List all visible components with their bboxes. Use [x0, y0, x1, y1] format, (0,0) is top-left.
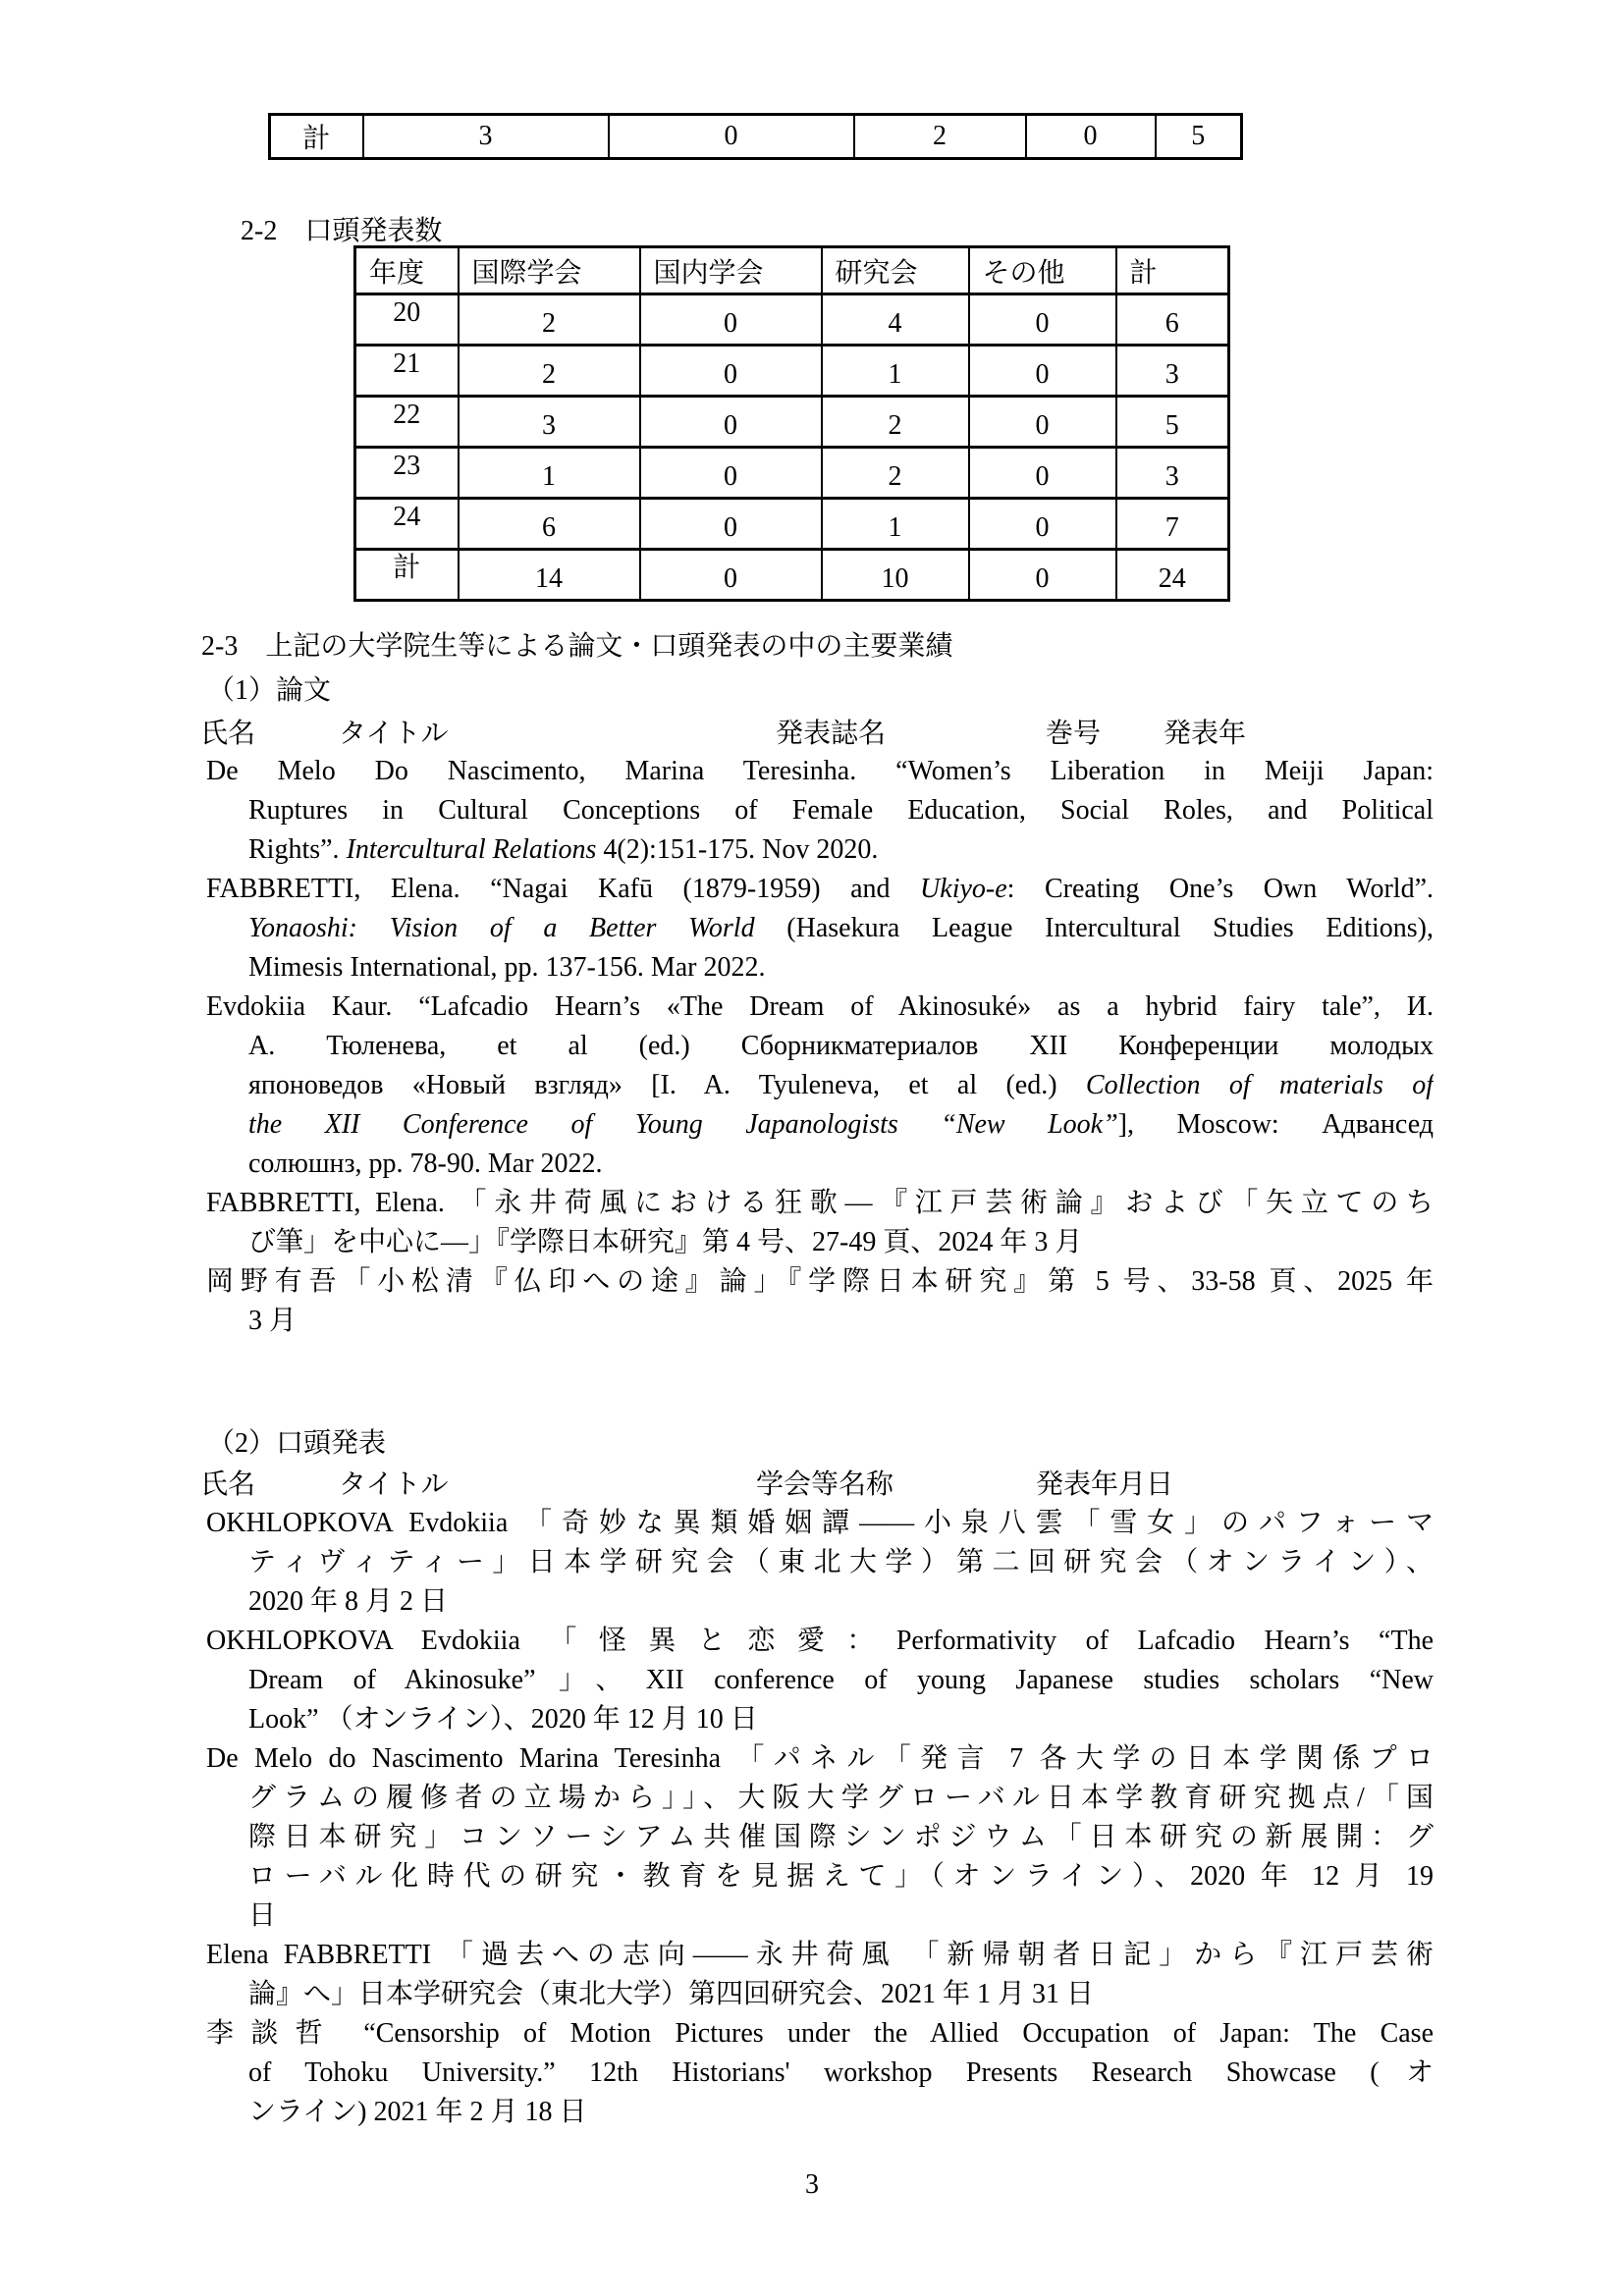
- row-label-cell: 21: [355, 346, 459, 397]
- column-header-cell: その他: [969, 247, 1116, 294]
- entry-text-segment: Evdokiia Kaur. “Lafcadio Hearn’s «The Dr…: [206, 991, 1434, 1022]
- paper-entry-line: FABBRETTI, Elena. “Nagai Kafū (1879-1959…: [206, 870, 1434, 909]
- entry-text-segment: 論』へ」日本学研究会（東北大学）第四回研究会、2021 年 1 月 31 日: [248, 1979, 1094, 2009]
- entry-text-segment: Dream of Akinosuke”」、XII conference of y…: [248, 1665, 1434, 1695]
- presentation-entry-line: ローバル化時代の研究・教育を見据えて」（オンライン）、2020 年 12 月 1…: [248, 1857, 1434, 1896]
- entry-text-segment: 李談哲 “Censorship of Motion Pictures under…: [206, 2018, 1434, 2049]
- paper-entry-line: 岡野有吾「小松清『仏印への途』論」『学際日本研究』第 5 号、33-58 頁、2…: [206, 1262, 1434, 1302]
- presentation-entry-line: グラムの履修者の立場から」」、大阪大学グローバル日本学教育研究拠点/「国: [248, 1779, 1434, 1818]
- value-cell: 2: [822, 397, 969, 448]
- presentation-entry-line: OKHLOPKOVA Evdokiia 「奇妙な異類婚姻譚――小泉八雲「雪女」の…: [206, 1504, 1434, 1543]
- papers-column-label: タイトル: [339, 712, 448, 751]
- papers-column-labels-row: 氏名タイトル発表誌名巻号発表年: [0, 712, 1624, 745]
- papers-column-label: 巻号: [1046, 712, 1101, 751]
- presentations-entry-list: OKHLOPKOVA Evdokiia 「奇妙な異類婚姻譚――小泉八雲「雪女」の…: [0, 1504, 1624, 2132]
- papers-column-label: 発表年: [1164, 712, 1246, 751]
- column-header-cell: 計: [1116, 247, 1229, 294]
- value-cell: 0: [969, 550, 1116, 601]
- value-cell: 7: [1116, 499, 1229, 550]
- presentation-entry-line: OKHLOPKOVA Evdokiia 「怪異と恋愛：Performativit…: [206, 1622, 1434, 1661]
- summary-cell: 5: [1156, 115, 1242, 159]
- section-2-2-heading: 2-2 口頭発表数: [241, 209, 442, 248]
- entry-text-segment: Collection of materials of: [1086, 1070, 1434, 1100]
- entry-text-segment: 岡野有吾「小松清『仏印への途』論」『学際日本研究』第 5 号、33-58 頁、2…: [206, 1266, 1434, 1297]
- summary-cell: 3: [363, 115, 609, 159]
- presentations-column-label: タイトル: [339, 1463, 448, 1502]
- entry-text-segment: the XII Conference of Young Japanologist…: [248, 1109, 1118, 1140]
- papers-entry-list: De Melo Do Nascimento, Marina Teresinha.…: [0, 752, 1624, 1341]
- value-cell: 6: [1116, 294, 1229, 346]
- presentations-column-label: 発表年月日: [1036, 1463, 1173, 1502]
- entry-text-segment: ンライン) 2021 年 2 月 18 日: [248, 2097, 587, 2127]
- value-cell: 0: [640, 550, 822, 601]
- row-label-cell: 22: [355, 397, 459, 448]
- paper-entry-line: Mimesis International, pp. 137-156. Mar …: [248, 948, 1434, 988]
- paper-entry-line: японоведов «Новый взгляд» [I. A. Tyulene…: [248, 1066, 1434, 1105]
- summary-cell: 2: [854, 115, 1026, 159]
- entry-text-segment: А. Тюленева, et al (ed.) Сборникматериал…: [248, 1031, 1434, 1061]
- paper-entry-line: А. Тюленева, et al (ed.) Сборникматериал…: [248, 1027, 1434, 1066]
- table-row: 計14010024: [355, 550, 1229, 601]
- row-label-cell: 計: [355, 550, 459, 601]
- entry-text-segment: FABBRETTI, Elena. “Nagai Kafū (1879-1959…: [206, 874, 920, 904]
- entry-text-segment: OKHLOPKOVA Evdokiia 「奇妙な異類婚姻譚――小泉八雲「雪女」の…: [206, 1508, 1434, 1538]
- value-cell: 3: [1116, 346, 1229, 397]
- entry-text-segment: Elena FABBRETTI 「過去への志向――永井荷風 「新帰朝者日記」から…: [206, 1940, 1434, 1970]
- value-cell: 0: [640, 346, 822, 397]
- value-cell: 1: [459, 448, 640, 499]
- paper-entry-line: Rights”. Intercultural Relations 4(2):15…: [248, 830, 1434, 870]
- value-cell: 0: [969, 499, 1116, 550]
- presentation-entry-line: ティヴィティー」日本学研究会（東北大学）第二回研究会（オンライン）、: [248, 1543, 1434, 1582]
- paper-entry-line: Ruptures in Cultural Conceptions of Fema…: [248, 791, 1434, 830]
- value-cell: 0: [640, 448, 822, 499]
- paper-entry-line: Yonaoshi: Vision of a Better World (Hase…: [248, 909, 1434, 948]
- table-row: 2120103: [355, 346, 1229, 397]
- entry-text-segment: OKHLOPKOVA Evdokiia 「怪異と恋愛：Performativit…: [206, 1626, 1434, 1656]
- value-cell: 0: [640, 499, 822, 550]
- entry-text-segment: グラムの履修者の立場から」」、大阪大学グローバル日本学教育研究拠点/「国: [248, 1783, 1434, 1813]
- entry-text-segment: (Hasekura League Intercultural Studies E…: [755, 913, 1434, 943]
- presentation-entry-line: 論』へ」日本学研究会（東北大学）第四回研究会、2021 年 1 月 31 日: [248, 1975, 1434, 2014]
- value-cell: 5: [1116, 397, 1229, 448]
- presentation-entry-line: 2020 年 8 月 2 日: [248, 1582, 1434, 1622]
- presentations-subsection-heading: （2）口頭発表: [207, 1421, 386, 1461]
- entry-text-segment: Ruptures in Cultural Conceptions of Fema…: [248, 795, 1434, 826]
- value-cell: 0: [640, 397, 822, 448]
- value-cell: 3: [1116, 448, 1229, 499]
- entry-text-segment: 際日本研究」コンソーシアム共催国際シンポジウム「日本研究の新展開：グ: [248, 1822, 1434, 1852]
- value-cell: 2: [459, 346, 640, 397]
- value-cell: 0: [969, 448, 1116, 499]
- paper-entry-line: the XII Conference of Young Japanologist…: [248, 1105, 1434, 1145]
- paper-entry-line: 3 月: [248, 1302, 1434, 1341]
- entry-text-segment: 日: [248, 1900, 276, 1931]
- presentation-entry-line: Elena FABBRETTI 「過去への志向――永井荷風 「新帰朝者日記」から…: [206, 1936, 1434, 1975]
- paper-entry-line: FABBRETTI, Elena. 「永井荷風における狂歌―『江戸芸術論』および…: [206, 1184, 1434, 1223]
- column-header-cell: 国際学会: [459, 247, 640, 294]
- paper-entry-line: солюшнз, pp. 78-90. Mar 2022.: [248, 1145, 1434, 1184]
- paper-entry-line: び筆」を中心に―」『学際日本研究』第 4 号、27-49 頁、2024 年 3 …: [248, 1223, 1434, 1262]
- entry-text-segment: ティヴィティー」日本学研究会（東北大学）第二回研究会（オンライン）、: [248, 1547, 1434, 1577]
- column-header-cell: 研究会: [822, 247, 969, 294]
- presentation-entry-line: Dream of Akinosuke”」、XII conference of y…: [248, 1661, 1434, 1700]
- presentations-column-label: 学会等名称: [756, 1463, 893, 1502]
- column-header-cell: 国内学会: [640, 247, 822, 294]
- papers-column-label: 発表誌名: [776, 712, 886, 751]
- summary-cell: 0: [1026, 115, 1156, 159]
- value-cell: 10: [822, 550, 969, 601]
- presentation-entry-line: of Tohoku University.” 12th Historians' …: [248, 2054, 1434, 2093]
- presentation-entry-line: 日: [248, 1896, 1434, 1936]
- entry-text-segment: солюшнз, pp. 78-90. Mar 2022.: [248, 1148, 603, 1179]
- row-label-cell: 20: [355, 294, 459, 346]
- value-cell: 6: [459, 499, 640, 550]
- document-page: 計30205 2-2 口頭発表数 年度国際学会国内学会研究会その他計 20204…: [0, 0, 1624, 2296]
- papers-count-total-table: 計30205: [268, 113, 1243, 160]
- paper-entry-line: De Melo Do Nascimento, Marina Teresinha.…: [206, 752, 1434, 791]
- papers-subsection-heading: （1）論文: [207, 668, 331, 708]
- presentation-entry-line: Look” （オンライン）、2020 年 12 月 10 日: [248, 1700, 1434, 1739]
- value-cell: 3: [459, 397, 640, 448]
- section-2-3-heading: 2-3 上記の大学院生等による論文・口頭発表の中の主要業績: [201, 624, 952, 664]
- entry-text-segment: Intercultural Relations: [347, 834, 597, 865]
- entry-text-segment: 3 月: [248, 1306, 297, 1336]
- entry-text-segment: 4(2):151-175. Nov 2020.: [596, 834, 878, 865]
- value-cell: 1: [822, 499, 969, 550]
- summary-cell: 0: [609, 115, 854, 159]
- value-cell: 0: [640, 294, 822, 346]
- entry-text-segment: японоведов «Новый взгляд» [I. A. Tyulene…: [248, 1070, 1086, 1100]
- entry-text-segment: Mimesis International, pp. 137-156. Mar …: [248, 952, 765, 983]
- value-cell: 0: [969, 397, 1116, 448]
- table-row: 2230205: [355, 397, 1229, 448]
- entry-text-segment: Look” （オンライン）、2020 年 12 月 10 日: [248, 1704, 758, 1735]
- row-label-cell: 24: [355, 499, 459, 550]
- entry-text-segment: of Tohoku University.” 12th Historians' …: [248, 2057, 1434, 2088]
- presentation-entry-line: De Melo do Nascimento Marina Teresinha 「…: [206, 1739, 1434, 1779]
- presentations-column-label: 氏名: [200, 1463, 255, 1502]
- table-header-row: 年度国際学会国内学会研究会その他計: [355, 247, 1229, 294]
- column-header-cell: 年度: [355, 247, 459, 294]
- table-row: 2310203: [355, 448, 1229, 499]
- row-label-cell: 23: [355, 448, 459, 499]
- value-cell: 4: [822, 294, 969, 346]
- entry-text-segment: ローバル化時代の研究・教育を見据えて」（オンライン）、2020 年 12 月 1…: [248, 1861, 1434, 1892]
- oral-presentations-count-table: 年度国際学会国内学会研究会その他計 2020406212010322302052…: [353, 245, 1230, 602]
- presentations-column-labels-row: 氏名タイトル学会等名称発表年月日: [0, 1463, 1624, 1496]
- total-row: 計30205: [270, 115, 1242, 159]
- presentation-entry-line: 李談哲 “Censorship of Motion Pictures under…: [206, 2014, 1434, 2054]
- table-row: 2020406: [355, 294, 1229, 346]
- table-row: 2460107: [355, 499, 1229, 550]
- paper-entry-line: Evdokiia Kaur. “Lafcadio Hearn’s «The Dr…: [206, 988, 1434, 1027]
- entry-text-segment: 2020 年 8 月 2 日: [248, 1586, 448, 1617]
- value-cell: 0: [969, 346, 1116, 397]
- value-cell: 2: [822, 448, 969, 499]
- entry-text-segment: : Creating One’s Own World”.: [1007, 874, 1434, 904]
- entry-text-segment: び筆」を中心に―」『学際日本研究』第 4 号、27-49 頁、2024 年 3 …: [248, 1227, 1082, 1257]
- papers-column-label: 氏名: [200, 712, 255, 751]
- value-cell: 2: [459, 294, 640, 346]
- entry-text-segment: Yonaoshi: Vision of a Better World: [248, 913, 755, 943]
- value-cell: 24: [1116, 550, 1229, 601]
- entry-text-segment: Ukiyo-e: [920, 874, 1007, 904]
- presentation-entry-line: ンライン) 2021 年 2 月 18 日: [248, 2093, 1434, 2132]
- entry-text-segment: De Melo do Nascimento Marina Teresinha 「…: [206, 1743, 1434, 1774]
- presentation-entry-line: 際日本研究」コンソーシアム共催国際シンポジウム「日本研究の新展開：グ: [248, 1818, 1434, 1857]
- value-cell: 1: [822, 346, 969, 397]
- value-cell: 14: [459, 550, 640, 601]
- entry-text-segment: ], Moscow: Адвансед: [1118, 1109, 1434, 1140]
- entry-text-segment: Rights”.: [248, 834, 347, 865]
- entry-text-segment: FABBRETTI, Elena. 「永井荷風における狂歌―『江戸芸術論』および…: [206, 1188, 1434, 1218]
- page-number: 3: [0, 2169, 1624, 2201]
- summary-cell: 計: [270, 115, 363, 159]
- value-cell: 0: [969, 294, 1116, 346]
- entry-text-segment: De Melo Do Nascimento, Marina Teresinha.…: [206, 756, 1434, 786]
